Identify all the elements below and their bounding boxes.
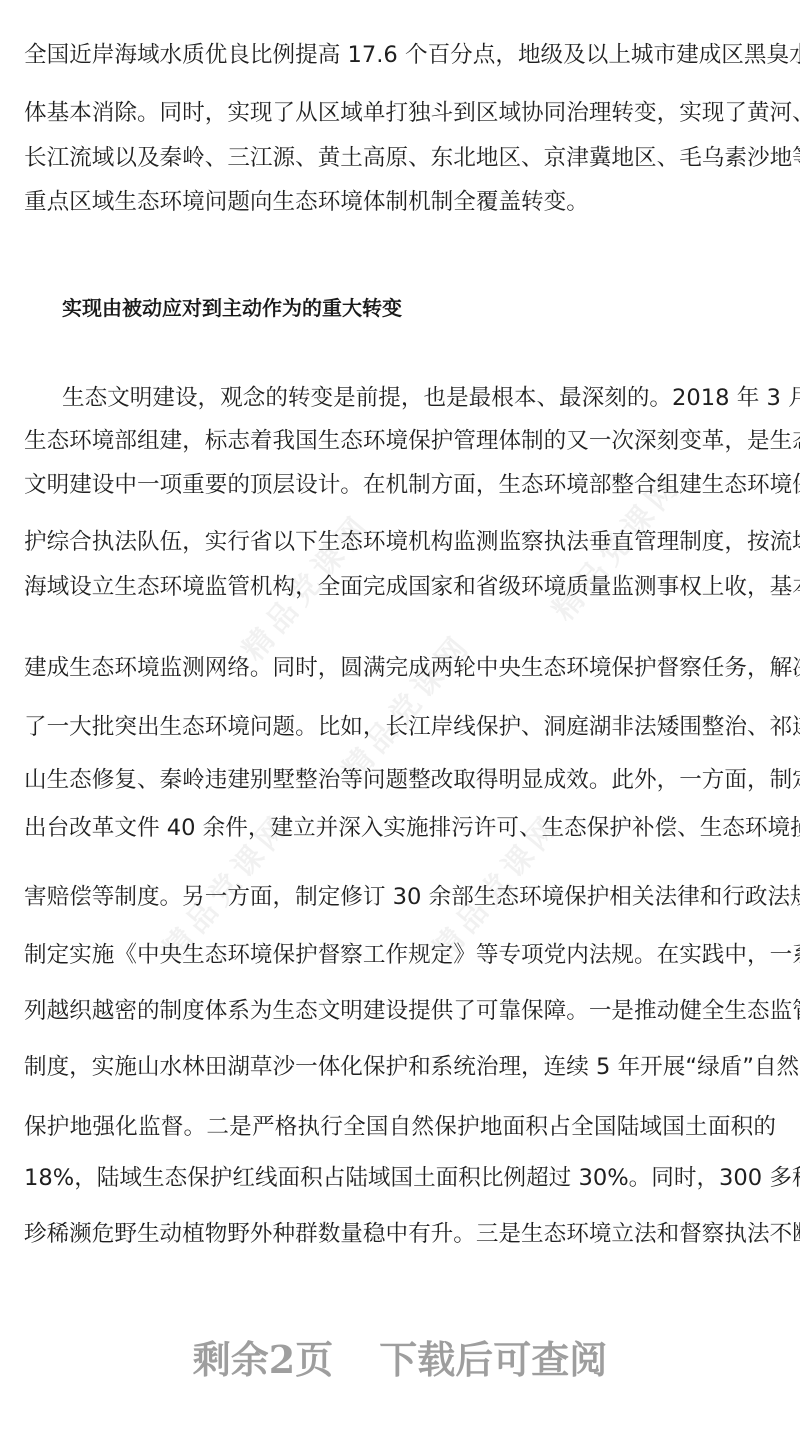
text-line: 保护地强化监督。二是严格执行全国自然保护地面积占全国陆域国土面积的 [24, 1112, 776, 1142]
download-prompt-banner[interactable]: 剩余2页下载后可查阅 [0, 1332, 800, 1388]
remaining-pages-label: 剩余2页 [193, 1332, 333, 1388]
document-page: 精品党课网 精品党课网 精品党课网 精品党课网 精品党课网 全国近岸海域水质优良… [0, 0, 800, 1438]
text-line: 制定实施《中央生态环境保护督察工作规定》等专项党内法规。在实践中，一系 [24, 940, 776, 970]
text-line: 18%，陆域生态保护红线面积占陆域国土面积比例超过 30%。同时，300 多种 [24, 1163, 776, 1193]
text-line: 生态文明建设，观念的转变是前提，也是最根本、最深刻的。2018 年 3 月 [62, 383, 776, 413]
text-line: 重点区域生态环境问题向生态环境体制机制全覆盖转变。 [24, 187, 776, 217]
text-line: 护综合执法队伍，实行省以下生态环境机构监测监察执法垂直管理制度，按流域 [24, 527, 776, 557]
text-line: 出台改革文件 40 余件，建立并深入实施排污许可、生态保护补偿、生态环境损 [24, 813, 776, 843]
text-line: 建成生态环境监测网络。同时，圆满完成两轮中央生态环境保护督察任务，解决 [24, 653, 776, 683]
text-line: 海域设立生态环境监管机构，全面完成国家和省级环境质量监测事权上收，基本 [24, 572, 776, 602]
text-line: 珍稀濒危野生动植物野外种群数量稳中有升。三是生态环境立法和督察执法不断 [24, 1219, 776, 1249]
text-line: 山生态修复、秦岭违建别墅整治等问题整改取得明显成效。此外，一方面，制定 [24, 765, 776, 795]
text-line: 长江流域以及秦岭、三江源、黄土高原、东北地区、京津冀地区、毛乌素沙地等 [24, 143, 776, 173]
text-line: 生态环境部组建，标志着我国生态环境保护管理体制的又一次深刻变革，是生态 [24, 426, 776, 456]
text-line: 体基本消除。同时，实现了从区域单打独斗到区域协同治理转变，实现了黄河、 [24, 98, 776, 128]
text-line: 制度，实施山水林田湖草沙一体化保护和系统治理，连续 5 年开展“绿盾”自然 [24, 1052, 776, 1082]
download-to-view-link[interactable]: 下载后可查阅 [379, 1332, 607, 1388]
text-line: 列越织越密的制度体系为生态文明建设提供了可靠保障。一是推动健全生态监管 [24, 996, 776, 1026]
text-line: 了一大批突出生态环境问题。比如，长江岸线保护、洞庭湖非法矮围整治、祁连 [24, 712, 776, 742]
text-line: 全国近岸海域水质优良比例提高 17.6 个百分点，地级及以上城市建成区黑臭水 [24, 40, 776, 70]
text-line: 害赔偿等制度。另一方面，制定修订 30 余部生态环境保护相关法律和行政法规， [24, 882, 776, 912]
text-line: 文明建设中一项重要的顶层设计。在机制方面，生态环境部整合组建生态环境保 [24, 470, 776, 500]
section-heading: 实现由被动应对到主动作为的重大转变 [62, 293, 402, 323]
watermark: 精品党课网 [330, 622, 479, 788]
